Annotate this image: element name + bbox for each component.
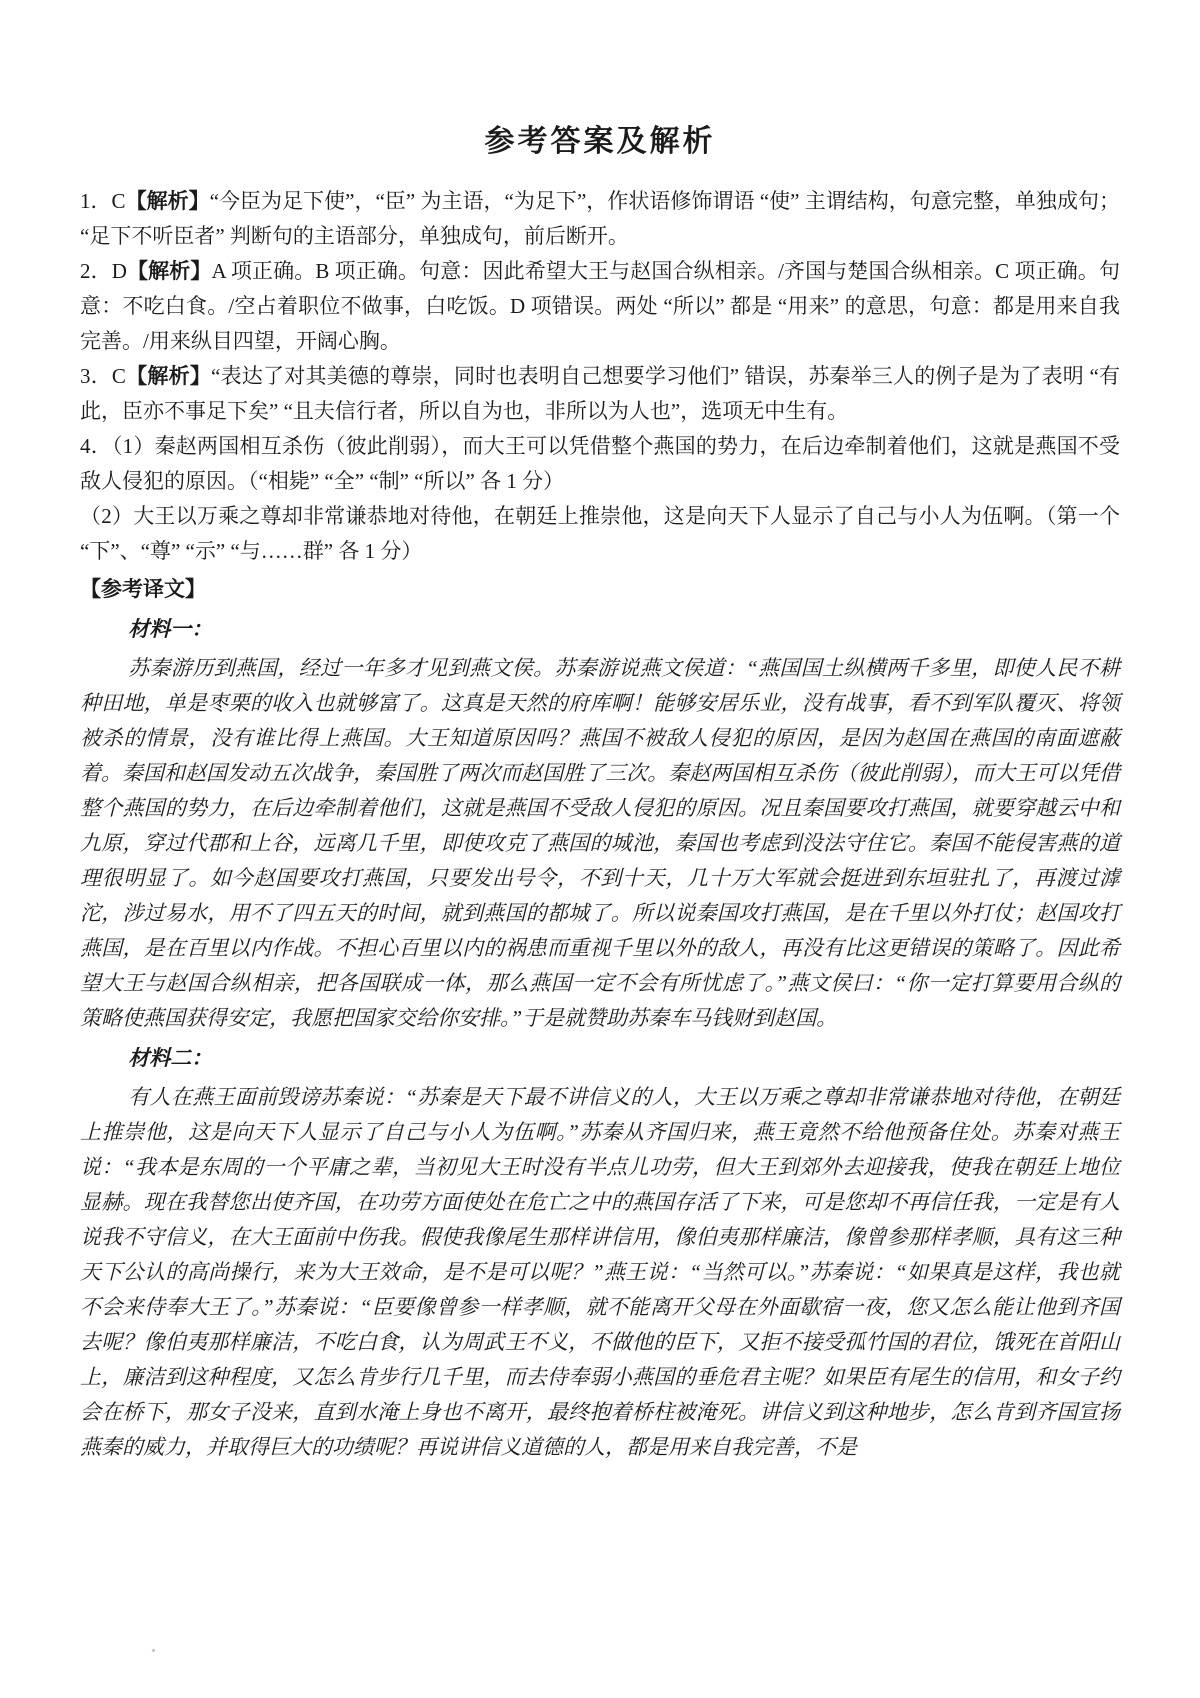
- document-page: 参考答案及解析 1．C【解析】“今臣为足下使”，“臣” 为主语，“为足下”，作状…: [0, 0, 1200, 1698]
- analysis-label: 【解析】: [127, 259, 212, 283]
- material-1-paragraph: 苏秦游历到燕国，经过一年多才见到燕文侯。苏秦游说燕文侯道：“燕国国土纵横两千多里…: [80, 651, 1120, 1036]
- analysis-label: 【解析】: [126, 364, 211, 388]
- answer-body: “今臣为足下使”，“臣” 为主语，“为足下”，作状语修饰谓语 “使” 主谓结构，…: [80, 189, 1120, 248]
- answer-item-3: 3．C【解析】“表达了对其美德的尊崇，同时也表明自己想要学习他们” 错误，苏秦举…: [80, 359, 1120, 429]
- answers-section: 1．C【解析】“今臣为足下使”，“臣” 为主语，“为足下”，作状语修饰谓语 “使…: [80, 184, 1120, 569]
- answer-body: “表达了对其美德的尊崇，同时也表明自己想要学习他们” 错误，苏秦举三人的例子是为…: [80, 364, 1120, 423]
- scan-artifact-dot: [152, 1649, 155, 1652]
- translation-header: 【参考译文】: [80, 571, 1120, 607]
- answer-item-4-part-2: （2）大王以万乘之尊却非常谦恭地对待他，在朝廷上推崇他，这是向天下人显示了自己与…: [80, 499, 1120, 569]
- material-1-heading: 材料一：: [80, 611, 1120, 647]
- answer-body: A 项正确。B 项正确。句意：因此希望大王与赵国合纵相亲。/齐国与楚国合纵相亲。…: [80, 259, 1120, 353]
- answer-body: 秦赵两国相互杀伤（彼此削弱），而大王可以凭借整个燕国的势力，在后边牵制着他们，这…: [80, 434, 1120, 493]
- answer-body: 大王以万乘之尊却非常谦恭地对待他，在朝廷上推崇他，这是向天下人显示了自己与小人为…: [80, 504, 1120, 563]
- reference-translation-section: 【参考译文】 材料一： 苏秦游历到燕国，经过一年多才见到燕文侯。苏秦游说燕文侯道…: [80, 571, 1120, 1465]
- answer-number: （2）: [80, 504, 133, 528]
- material-2-heading: 材料二：: [80, 1040, 1120, 1076]
- answer-item-4-part-1: 4．（1）秦赵两国相互杀伤（彼此削弱），而大王可以凭借整个燕国的势力，在后边牵制…: [80, 429, 1120, 499]
- page-title: 参考答案及解析: [80, 0, 1120, 160]
- answer-number: 1．C: [80, 189, 126, 213]
- answer-number: 2．D: [80, 259, 127, 283]
- answer-item-2: 2．D【解析】A 项正确。B 项正确。句意：因此希望大王与赵国合纵相亲。/齐国与…: [80, 254, 1120, 359]
- analysis-label: 【解析】: [126, 189, 210, 213]
- answer-item-1: 1．C【解析】“今臣为足下使”，“臣” 为主语，“为足下”，作状语修饰谓语 “使…: [80, 184, 1120, 254]
- answer-number: 4．（1）: [80, 434, 155, 458]
- answer-number: 3．C: [80, 364, 126, 388]
- material-2-paragraph: 有人在燕王面前毁谤苏秦说：“苏秦是天下最不讲信义的人，大王以万乘之尊却非常谦恭地…: [80, 1080, 1120, 1465]
